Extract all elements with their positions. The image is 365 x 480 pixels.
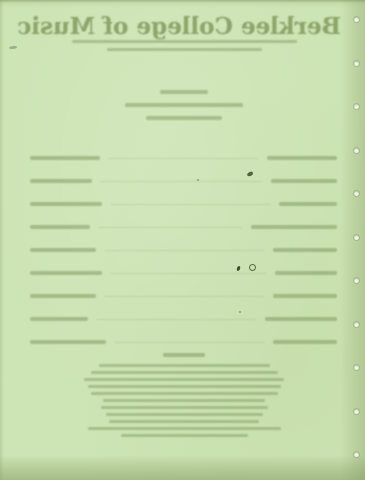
ghost-program-list [30,146,337,353]
punch-hole [354,148,359,153]
ghost-heading-line [126,103,244,107]
ghost-name-right [30,179,92,183]
ghost-dot-leader [105,250,264,251]
ghost-heading-line [147,116,223,120]
ghost-address-lines [28,40,341,56]
ink-speck [249,264,256,271]
ghost-name-right [30,156,100,160]
ghost-dot-leader [115,342,264,343]
ghost-footer-line [88,385,281,388]
punch-hole [354,61,359,66]
scanned-document-page: Berklee College of Music [0,0,365,480]
ghost-footer-line [99,364,270,367]
ghost-name-right [30,248,96,252]
ink-speck [9,46,17,50]
ghost-name-right [30,202,102,206]
ghost-program-row [30,307,337,330]
ghost-name-left [275,271,337,275]
ink-speck [236,266,240,272]
ghost-recital-heading-lines [28,90,341,129]
ghost-name-right [30,225,90,229]
punch-hole [354,17,359,22]
ghost-name-left [265,317,337,321]
ghost-program-row [30,238,337,261]
ghost-heading-line [161,90,209,94]
ghost-footer-heading [164,353,206,357]
ghost-name-right [30,340,106,344]
ghost-dot-leader [111,204,270,205]
ghost-program-row [30,169,337,192]
ghost-name-right [30,294,96,298]
punch-hole [354,104,359,109]
ghost-typed-line [107,48,262,51]
punch-hole [354,452,359,457]
ghost-program-row [30,330,337,353]
punch-hole [354,191,359,196]
ghost-dot-leader [97,319,256,320]
ghost-title-berklee-college-of-music: Berklee College of Music [28,13,341,40]
ghost-name-left [273,340,337,344]
punch-hole [354,322,359,327]
punch-hole [354,409,359,414]
ghost-footer-line [104,399,266,402]
ghost-name-left [273,294,337,298]
punch-hole [354,278,359,283]
ghost-program-row [30,215,337,238]
ghost-footer-line [91,392,278,395]
ghost-footer-line [110,420,260,423]
ghost-dot-leader [101,181,262,182]
ghost-dot-leader [109,158,258,159]
ghost-dot-leader [99,227,242,228]
ink-speck [247,171,254,176]
punch-hole [354,365,359,370]
ghost-program-row [30,192,337,215]
ghost-dot-leader [105,296,264,297]
ghost-name-left [271,179,337,183]
ink-speck [197,179,199,181]
ghost-typed-line [72,40,297,43]
ghost-footer-line [88,427,281,430]
ghost-program-row [30,146,337,169]
ghost-program-row [30,261,337,284]
ghost-name-left [279,202,337,206]
ghost-footer-line [101,406,268,409]
ghost-footer-line [106,413,263,416]
ink-speck [239,311,241,313]
ghost-name-right [30,317,88,321]
ghost-name-left [267,156,337,160]
ghost-footer-line [121,434,248,437]
ghost-name-left [251,225,337,229]
ghost-program-row [30,284,337,307]
ghost-name-left [273,248,337,252]
ghost-footer-line [85,378,285,381]
ghost-name-right [30,271,102,275]
showthrough-layer: Berklee College of Music [28,0,341,480]
ghost-dot-leader [111,273,266,274]
ghost-repertoire-block [28,353,341,441]
punch-hole [354,235,359,240]
ghost-footer-line [91,371,278,374]
